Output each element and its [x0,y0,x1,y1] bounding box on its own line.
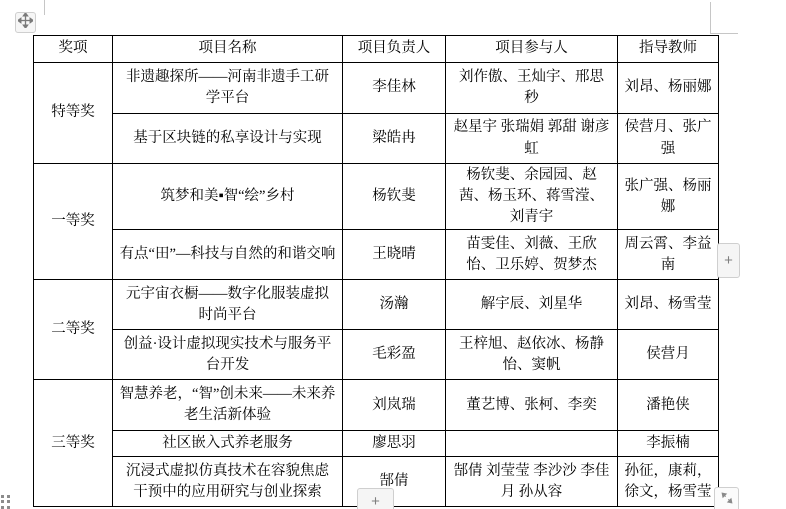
leader-cell[interactable]: 刘岚瑞 [343,380,446,431]
teachers-cell[interactable]: 侯营月 [618,330,719,380]
col-header-leader[interactable]: 项目负责人 [343,36,446,63]
teachers-cell[interactable]: 刘昂、杨丽娜 [618,63,719,114]
teachers-cell[interactable]: 刘昂、杨雪莹 [618,280,719,330]
project-name-cell[interactable]: 筑梦和美▪智“绘”乡村 [113,164,343,230]
project-name-cell[interactable]: 基于区块链的私享设计与实现 [113,114,343,164]
participants-cell[interactable]: 苗雯佳、刘薇、王欣怡、卫乐婷、贺梦杰 [446,230,618,280]
project-name-cell[interactable]: 元宇宙衣橱——数字化服装虚拟时尚平台 [113,280,343,330]
table-row: 特等奖 非遗趣探所——河南非遗手工研学平台 李佳林 刘作傲、王灿宇、邢思秒 刘昂… [34,63,719,114]
plus-icon: + [371,493,380,509]
teachers-cell[interactable]: 张广强、杨丽娜 [618,164,719,230]
project-name-cell[interactable]: 沉浸式虚拟仿真技术在容貌焦虑干预中的应用研究与创业探索 [113,457,343,507]
leader-cell[interactable]: 汤瀚 [343,280,446,330]
text-boundary-mark-top-left [44,0,45,15]
table-row: 二等奖 元宇宙衣橱——数字化服装虚拟时尚平台 汤瀚 解宇辰、刘星华 刘昂、杨雪莹 [34,280,719,330]
leader-cell[interactable]: 李佳林 [343,63,446,114]
leader-cell[interactable]: 梁皓冉 [343,114,446,164]
col-header-award[interactable]: 奖项 [34,36,113,63]
award-cell[interactable]: 特等奖 [34,63,113,164]
project-name-cell[interactable]: 智慧养老，“智”创未来——未来养老生活新体验 [113,380,343,431]
table-move-handle[interactable] [15,12,36,33]
table-row: 创益·设计虚拟现实技术与服务平台开发 毛彩盈 王梓旭、赵依冰、杨静怡、窦帆 侯营… [34,330,719,380]
leader-cell[interactable]: 杨钦斐 [343,164,446,230]
text-boundary-mark-top-right-horizontal [710,33,738,34]
col-header-teachers[interactable]: 指导教师 [618,36,719,63]
awards-table: 奖项 项目名称 项目负责人 项目参与人 指导教师 特等奖 非遗趣探所——河南非遗… [33,35,719,507]
dots-pattern [0,493,12,509]
insert-column-button[interactable]: + [717,243,740,278]
table-row: 基于区块链的私享设计与实现 梁皓冉 赵星宇 张瑞娟 郭甜 谢彦虹 侯营月、张广强 [34,114,719,164]
col-header-participants[interactable]: 项目参与人 [446,36,618,63]
participants-cell[interactable] [446,431,618,457]
project-name-cell[interactable]: 社区嵌入式养老服务 [113,431,343,457]
table-resize-handle[interactable] [714,487,739,509]
insert-row-button[interactable]: + [357,488,394,509]
project-name-cell[interactable]: 非遗趣探所——河南非遗手工研学平台 [113,63,343,114]
table-row: 有点“田”—科技与自然的和谐交响 王晓晴 苗雯佳、刘薇、王欣怡、卫乐婷、贺梦杰 … [34,230,719,280]
award-cell[interactable]: 三等奖 [34,380,113,507]
leader-cell[interactable]: 王晓晴 [343,230,446,280]
project-name-cell[interactable]: 有点“田”—科技与自然的和谐交响 [113,230,343,280]
leader-cell[interactable]: 廖思羽 [343,431,446,457]
text-boundary-mark-top-right-vertical [710,2,711,33]
award-cell[interactable]: 一等奖 [34,164,113,280]
header-row: 奖项 项目名称 项目负责人 项目参与人 指导教师 [34,36,719,63]
teachers-cell[interactable]: 潘艳侠 [618,380,719,431]
move-icon [18,13,33,33]
leader-cell[interactable]: 毛彩盈 [343,330,446,380]
teachers-cell[interactable]: 李振楠 [618,431,719,457]
participants-cell[interactable]: 解宇辰、刘星华 [446,280,618,330]
table-row: 一等奖 筑梦和美▪智“绘”乡村 杨钦斐 杨钦斐、余园园、赵茜、杨玉环、蒋雪滢、刘… [34,164,719,230]
resize-diagonal-icon [720,491,734,509]
table-row: 三等奖 智慧养老，“智”创未来——未来养老生活新体验 刘岚瑞 董艺博、张柯、李奕… [34,380,719,431]
teachers-cell[interactable]: 侯营月、张广强 [618,114,719,164]
teachers-cell[interactable]: 孙征，康莉，徐文，杨雪莹 [618,457,719,507]
participants-cell[interactable]: 刘作傲、王灿宇、邢思秒 [446,63,618,114]
table-row: 社区嵌入式养老服务 廖思羽 李振楠 [34,431,719,457]
award-cell[interactable]: 二等奖 [34,280,113,380]
participants-cell[interactable]: 杨钦斐、余园园、赵茜、杨玉环、蒋雪滢、刘青宇 [446,164,618,230]
participants-cell[interactable]: 董艺博、张柯、李奕 [446,380,618,431]
participants-cell[interactable]: 王梓旭、赵依冰、杨静怡、窦帆 [446,330,618,380]
col-header-project-name[interactable]: 项目名称 [113,36,343,63]
plus-icon: + [724,252,733,269]
participants-cell[interactable]: 赵星宇 张瑞娟 郭甜 谢彦虹 [446,114,618,164]
project-name-cell[interactable]: 创益·设计虚拟现实技术与服务平台开发 [113,330,343,380]
teachers-cell[interactable]: 周云霄、李益南 [618,230,719,280]
participants-cell[interactable]: 郜倩 刘莹莹 李沙沙 李佳月 孙从容 [446,457,618,507]
